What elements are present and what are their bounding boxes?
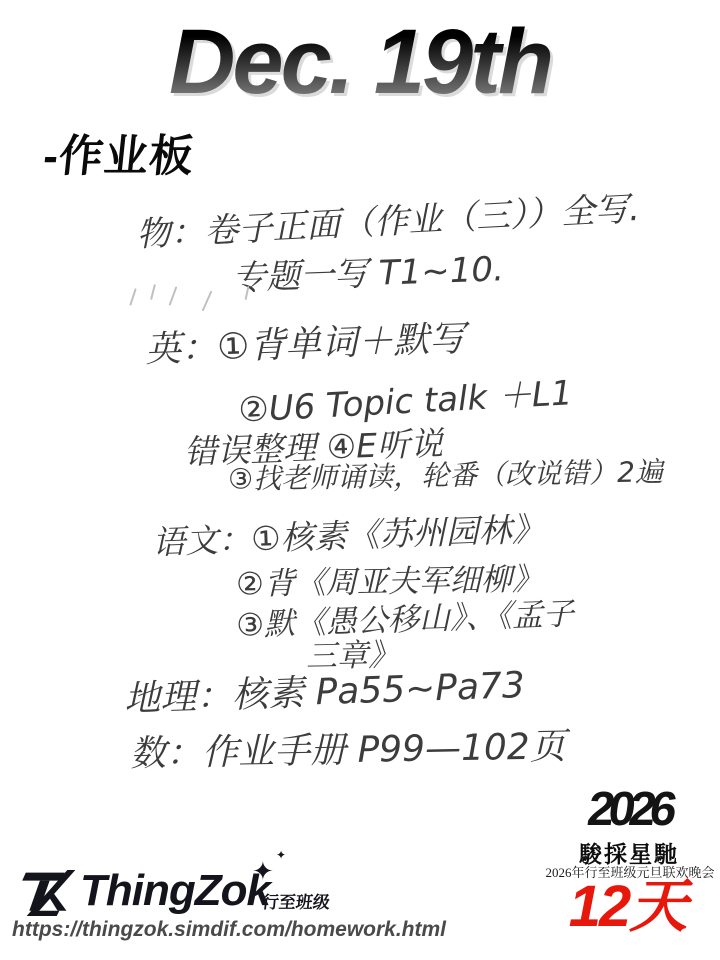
handwriting-line-english-1: 英：①背单词＋默写 <box>144 310 466 372</box>
brand-name: ThingZok <box>80 866 270 916</box>
countdown-badge: 12天 <box>552 878 702 936</box>
handwriting-line-english-4: ③找老师诵读，轮番（改说错）2遍 <box>228 450 664 498</box>
homework-board-page: Dec. 19th -作业板 物：卷子正面（作业（三））全写. 专题一写 T1~… <box>0 0 720 960</box>
pen-scratch <box>150 284 156 300</box>
tk-monogram-icon <box>18 870 76 916</box>
pen-scratch <box>202 291 213 312</box>
handwriting-line-math: 数：作业手册 P99—102页 <box>130 718 567 777</box>
board-label: -作业板 <box>41 120 198 184</box>
sparkle-icon-small: ✦ <box>276 848 286 862</box>
handwriting-line-physics-2: 专题一写 T1~10. <box>231 241 504 299</box>
pen-scratch <box>129 288 136 306</box>
brand-tagline: 行至班级 <box>261 888 332 913</box>
site-url: https://thingzok.simdif.com/homework.htm… <box>12 918 446 942</box>
sparkle-icon: ✦ <box>252 856 274 887</box>
event-year-logo: 2026 <box>585 786 720 834</box>
pen-scratch <box>169 286 178 305</box>
date-title: Dec. 19th <box>0 16 720 108</box>
handwriting-line-geography: 地理：核素 Pa55~Pa73 <box>123 657 525 722</box>
